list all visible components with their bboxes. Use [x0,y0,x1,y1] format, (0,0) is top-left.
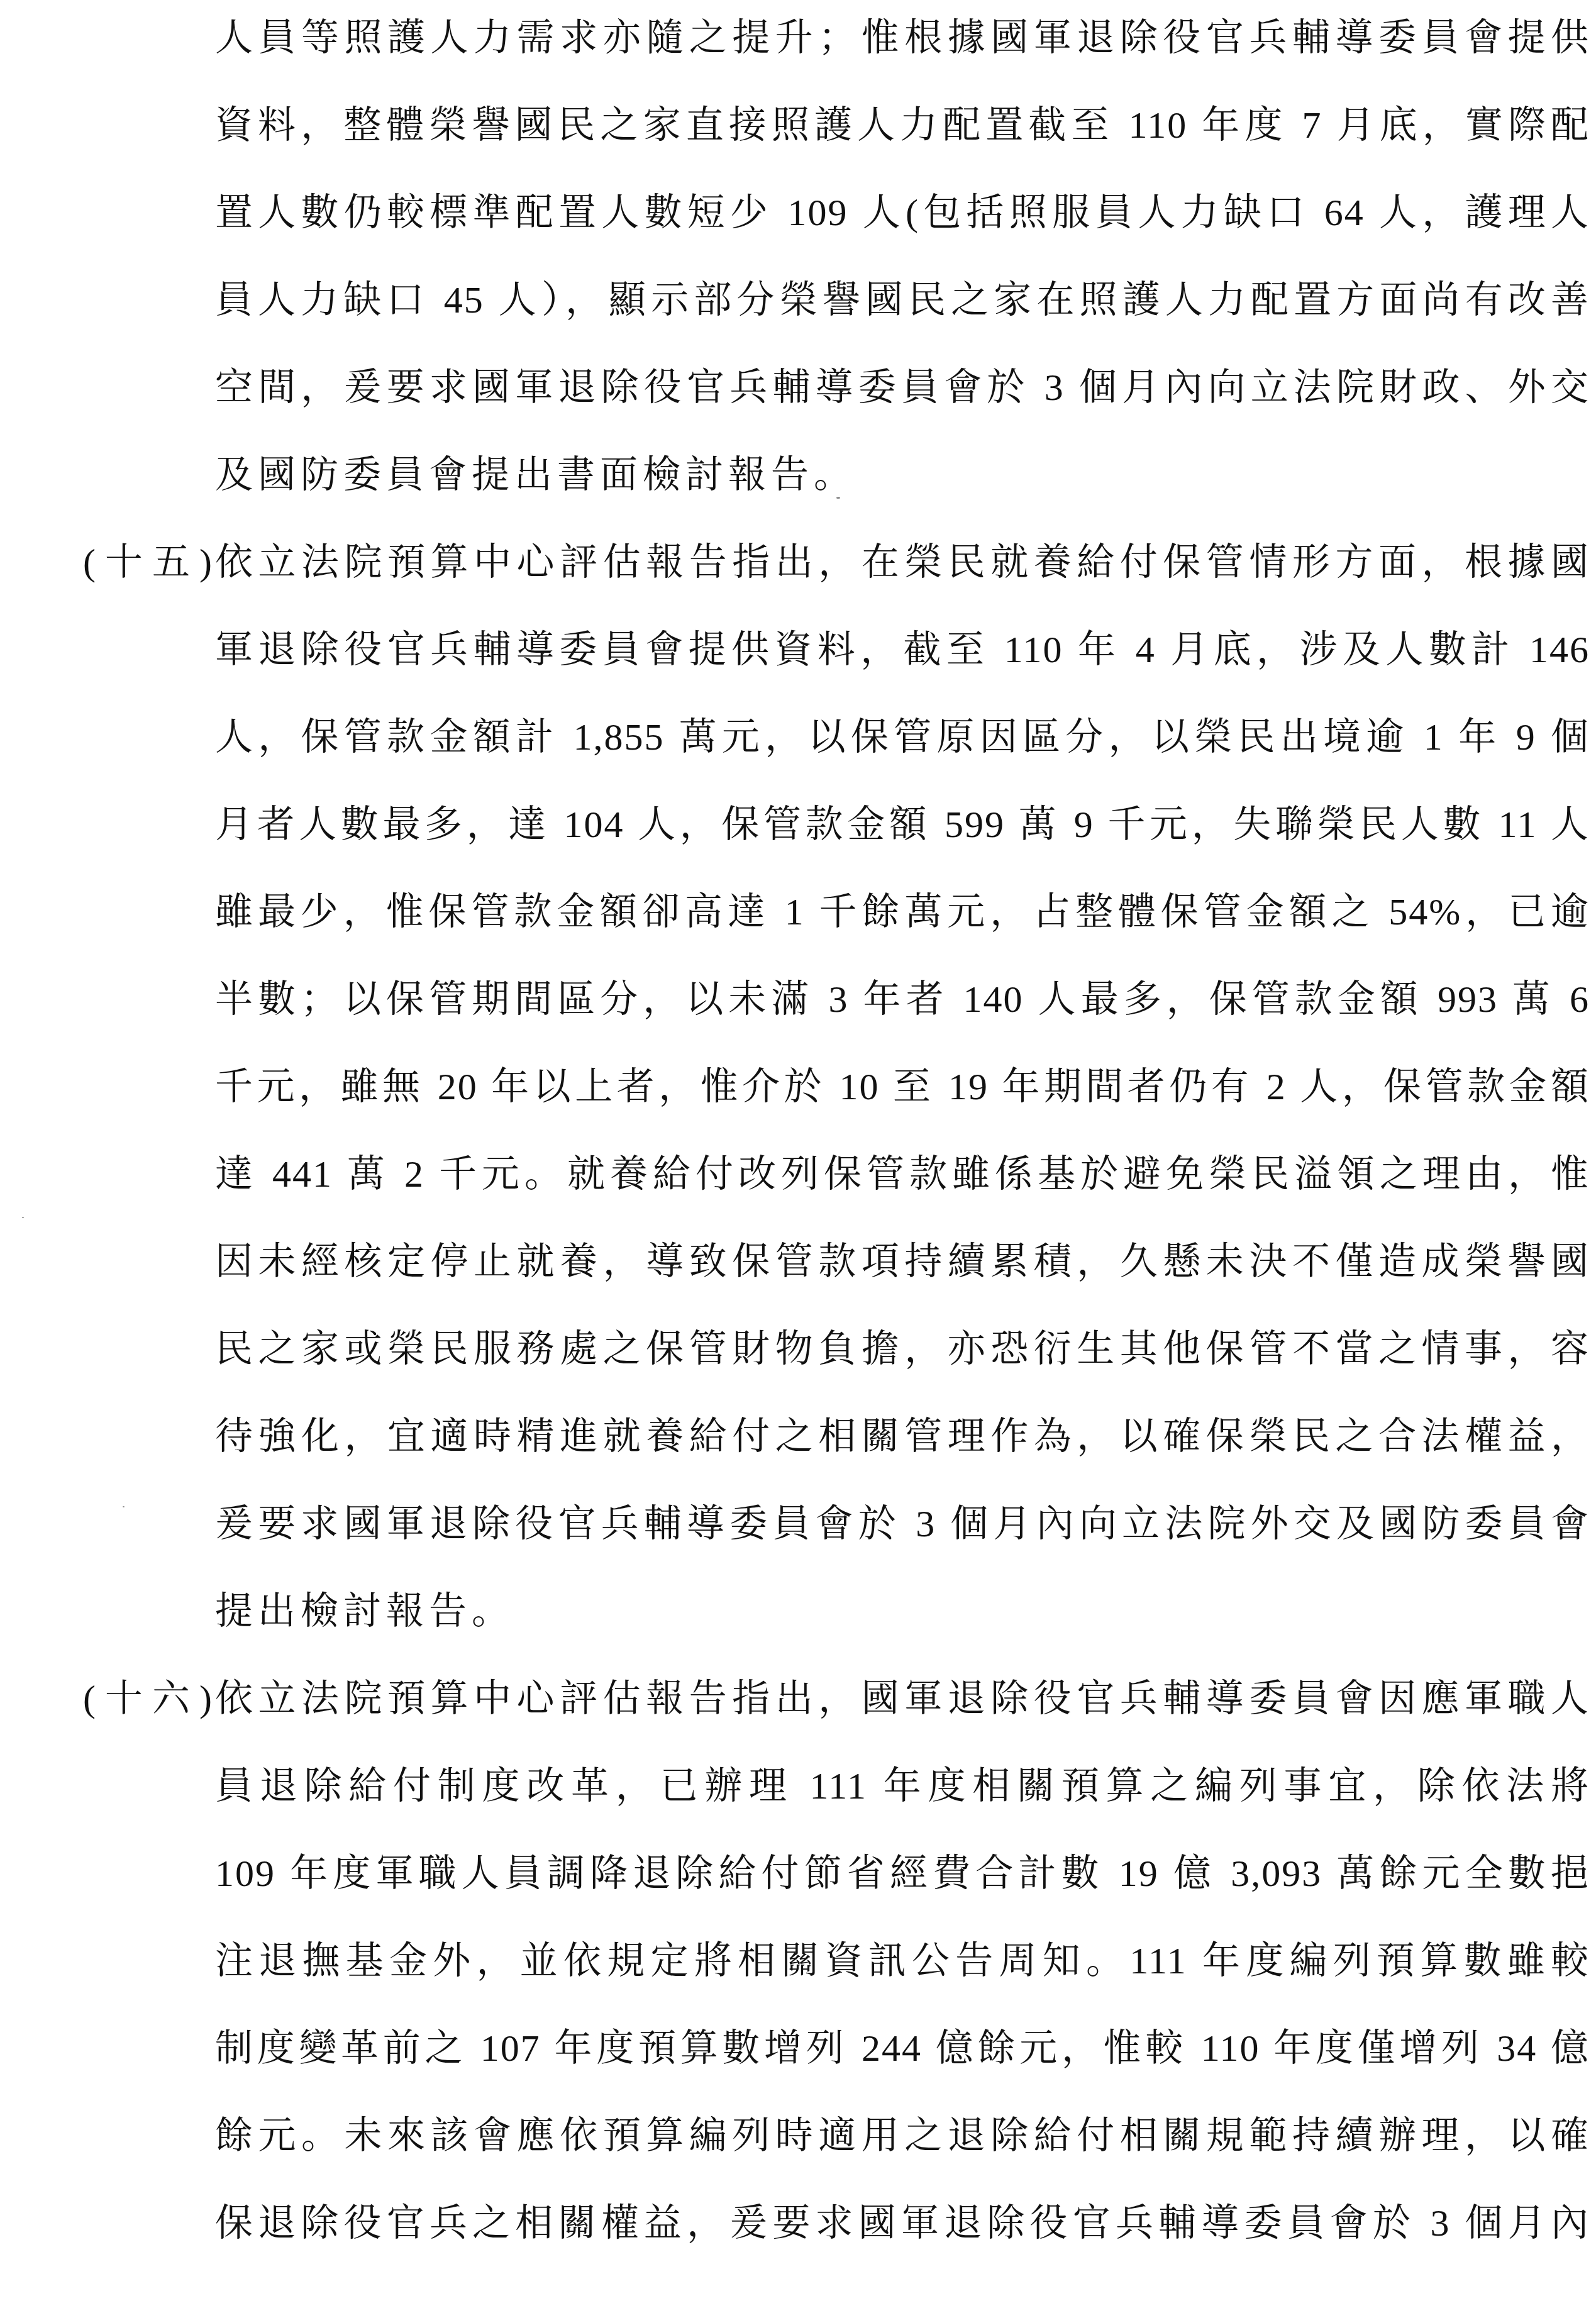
text-line: 置人數仍較標準配置人數短少 109 人(包括照服員人力缺口 64 人，護理人 [215,191,1590,235]
text-line: 制度變革前之 107 年度預算數增列 244 億餘元，惟較 110 年度僅增列 … [215,2026,1590,2070]
text-line: 餘元。未來該會應依預算編列時適用之退除給付相關規範持續辦理，以確 [215,2114,1590,2158]
text-line: 空間，爰要求國軍退除役官兵輔導委員會於 3 個月內向立法院財政、外交 [215,365,1590,409]
item-number-label: (十六) [83,1677,212,1721]
text-line: 員人力缺口 45 人），顯示部分榮譽國民之家在照護人力配置方面尚有改善 [215,278,1590,322]
text-line: 109 年度軍職人員調降退除給付節省經費合計數 19 億 3,093 萬餘元全數… [215,1851,1590,1895]
text-line: 人員等照護人力需求亦隨之提升；惟根據國軍退除役官兵輔導委員會提供 [215,16,1590,60]
scan-speck [22,1217,24,1218]
text-line: 軍退除役官兵輔導委員會提供資料，截至 110 年 4 月底，涉及人數計 146 [215,628,1590,672]
text-line: 待強化，宜適時精進就養給付之相關管理作為，以確保榮民之合法權益， [215,1414,1590,1458]
text-line: 爰要求國軍退除役官兵輔導委員會於 3 個月內向立法院外交及國防委員會 [215,1502,1590,1546]
item-number-label: (十五) [83,540,212,584]
scan-speck [123,1506,125,1507]
text-line: 雖最少，惟保管款金額卻高達 1 千餘萬元，占整體保管金額之 54%，已逾 [215,890,1590,934]
text-line: 民之家或榮民服務處之保管財物負擔，亦恐衍生其他保管不當之情事，容 [215,1327,1590,1371]
text-line: 及國防委員會提出書面檢討報告。 [215,453,1590,497]
scan-speck [836,497,840,499]
text-line: 資料，整體榮譽國民之家直接照護人力配置截至 110 年度 7 月底，實際配 [215,103,1590,147]
text-line: 保退除役官兵之相關權益，爰要求國軍退除役官兵輔導委員會於 3 個月內 [215,2201,1590,2245]
document-page: 人員等照護人力需求亦隨之提升；惟根據國軍退除役官兵輔導委員會提供 資料，整體榮譽… [0,0,1596,2318]
text-line: 人，保管款金額計 1,855 萬元，以保管原因區分，以榮民出境逾 1 年 9 個 [215,715,1590,759]
text-line: 達 441 萬 2 千元。就養給付改列保管款雖係基於避免榮民溢領之理由，惟 [215,1152,1590,1196]
text-line: 依立法院預算中心評估報告指出，在榮民就養給付保管情形方面，根據國 [215,540,1590,584]
text-line: 因未經核定停止就養，導致保管款項持續累積，久懸未決不僅造成榮譽國 [215,1239,1590,1284]
text-line: 依立法院預算中心評估報告指出，國軍退除役官兵輔導委員會因應軍職人 [215,1677,1590,1721]
text-line: 半數；以保管期間區分，以未滿 3 年者 140 人最多，保管款金額 993 萬 … [215,977,1590,1021]
text-line: 員退除給付制度改革，已辦理 111 年度相關預算之編列事宜，除依法將 [215,1764,1590,1808]
text-line: 月者人數最多，達 104 人，保管款金額 599 萬 9 千元，失聯榮民人數 1… [215,802,1590,846]
text-line: 千元，雖無 20 年以上者，惟介於 10 至 19 年期間者仍有 2 人，保管款… [215,1065,1590,1109]
text-line: 注退撫基金外，並依規定將相關資訊公告周知。111 年度編列預算數雖較 [215,1939,1590,1983]
text-line: 提出檢討報告。 [215,1589,1590,1633]
